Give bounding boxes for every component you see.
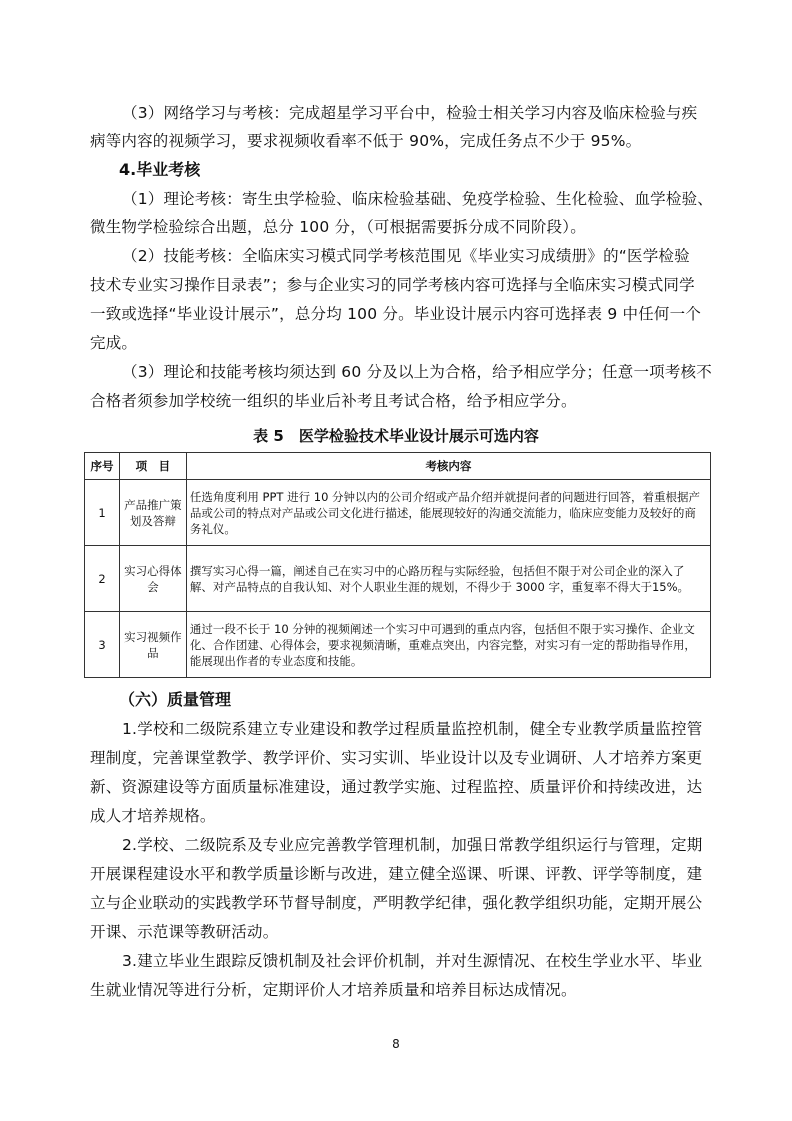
paragraph-skill-exam-cont1: 技术专业实习操作目录表”；参与企业实习的同学考核内容可选择与全临床实习模式同学 [90,275,695,295]
paragraph-quality-2-cont1: 开展课程建设水平和教学质量诊断与改进，建立健全巡课、听课、评教、评学等制度，建 [90,864,702,884]
paragraph-network-study: （3）网络学习与考核：完成超星学习平台中，检验士相关学习内容及临床检验与疾 [122,103,697,123]
header-no: 序号 [85,453,120,480]
section-heading-graduation-exam: 4.毕业考核 [119,160,200,180]
paragraph-pass-criteria-cont: 合格者须参加学校统一组织的毕业后补考且考试合格，给予相应学分。 [90,391,577,411]
paragraph-quality-1-cont1: 理制度，完善课堂教学、教学评价、实习实训、毕业设计以及专业调研、人才培养方案更 [90,748,702,768]
paragraph-skill-exam-cont3: 完成。 [90,333,137,353]
header-content: 考核内容 [186,453,710,480]
document-page: （3）网络学习与考核：完成超星学习平台中，检验士相关学习内容及临床检验与疾 病等… [0,0,792,1121]
page-number: 8 [0,1037,792,1051]
row-no: 3 [85,612,120,678]
paragraph-quality-3: 3.建立毕业生跟踪反馈机制及社会评价机制，并对生源情况、在校生学业水平、毕业 [122,951,702,971]
paragraph-quality-2: 2.学校、二级院系及专业应完善教学管理机制，加强日常教学组织运行与管理，定期 [122,835,702,855]
row-no: 1 [85,480,120,546]
paragraph-quality-2-cont3: 开课、示范课等教研活动。 [90,922,278,942]
header-item: 项 目 [119,453,186,480]
table-header-row: 序号 项 目 考核内容 [85,453,711,480]
paragraph-quality-3-cont: 生就业情况等进行分析，定期评价人才培养质量和培养目标达成情况。 [90,980,577,1000]
paragraph-theory-exam-cont: 微生物学检验综合出题，总分 100 分，（可根据需要拆分成不同阶段）。 [90,217,586,237]
section-heading-quality: （六）质量管理 [119,690,231,710]
row-no: 2 [85,546,120,612]
paragraph-pass-criteria: （3）理论和技能考核均须达到 60 分及以上为合格，给予相应学分；任意一项考核不 [122,362,712,382]
paragraph-theory-exam: （1）理论考核：寄生虫学检验、临床检验基础、免疫学检验、生化检验、血学检验、 [122,189,713,209]
row-content: 撰写实习心得一篇，阐述自己在实习中的心路历程与实际经验，包括但不限于对公司企业的… [186,546,710,612]
paragraph-quality-2-cont2: 立与企业联动的实践教学环节督导制度，严明教学纪律，强化教学组织功能，定期开展公 [90,893,702,913]
paragraph-quality-1-cont2: 新、资源建设等方面质量标准建设，通过教学实施、过程监控、质量评价和持续改进，达 [90,777,702,797]
paragraph-quality-1-cont3: 成人才培养规格。 [90,806,216,826]
table-row: 2 实习心得体会 撰写实习心得一篇，阐述自己在实习中的心路历程与实际经验，包括但… [85,546,711,612]
graduation-design-table: 序号 项 目 考核内容 1 产品推广策划及答辩 任选角度利用 PPT 进行 10… [84,452,711,678]
paragraph-skill-exam-cont2: 一致或选择“毕业设计展示”，总分均 100 分。毕业设计展示内容可选择表 9 中… [90,304,701,324]
row-item: 产品推广策划及答辩 [119,480,186,546]
table-row: 1 产品推广策划及答辩 任选角度利用 PPT 进行 10 分钟以内的公司介绍或产… [85,480,711,546]
paragraph-network-study-cont: 病等内容的视频学习，要求视频收看率不低于 90%，完成任务点不少于 95%。 [90,131,641,151]
paragraph-quality-1: 1.学校和二级院系建立专业建设和教学过程质量监控机制，健全专业教学质量监控管 [122,719,702,739]
row-content: 任选角度利用 PPT 进行 10 分钟以内的公司介绍或产品介绍并就提问者的问题进… [186,480,710,546]
row-item: 实习视频作品 [119,612,186,678]
row-content: 通过一段不长于 10 分钟的视频阐述一个实习中可遇到的重点内容，包括但不限于实习… [186,612,710,678]
paragraph-skill-exam: （2）技能考核：全临床实习模式同学考核范围见《毕业实习成绩册》的“医学检验 [122,246,690,266]
table-row: 3 实习视频作品 通过一段不长于 10 分钟的视频阐述一个实习中可遇到的重点内容… [85,612,711,678]
table-caption: 表 5 医学检验技术毕业设计展示可选内容 [0,425,792,446]
row-item: 实习心得体会 [119,546,186,612]
